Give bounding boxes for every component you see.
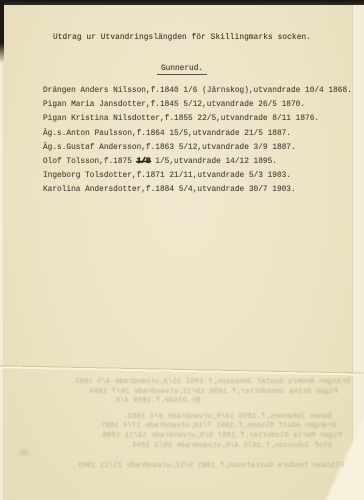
record-text: Äg.s.Anton Paulsson,f.1864 15/5,utvandra… <box>43 130 291 138</box>
paper-smudge <box>16 447 32 458</box>
record-line: Ingeborg Tolsdotter,f.1871 21/11,utvandr… <box>43 169 358 183</box>
record-text: Äg.s.Gustaf Andersson,f.1863 5/12,utvand… <box>43 144 296 152</box>
bleedthrough-text: Drängen Anders Gustaf Jonasson,f.1852 31… <box>18 378 350 472</box>
record-text: Pigan Kristina Nilsdotter,f.1855 22/5,ut… <box>43 115 319 123</box>
section-heading: Gunnerud. <box>0 57 364 75</box>
record-line: Pigan Maria Jansdotter,f.1845 5/12,utvan… <box>43 98 358 112</box>
record-line: Äg.s.Anton Paulsson,f.1864 15/5,utvandra… <box>43 127 358 141</box>
record-line: Drängen Anders Nilsson,f.1840 1/6 (Järns… <box>43 84 358 98</box>
record-line: Äg.s.Gustaf Andersson,f.1863 5/12,utvand… <box>43 141 358 155</box>
overstruck-correction: 1/8 <box>137 158 151 166</box>
document-title: Utdrag ur Utvandringslängden för Skillin… <box>0 34 364 42</box>
bleedthrough-line: Drängen Anders Gustaf Jonasson,f.1852 31… <box>18 378 350 388</box>
record-line: Karolina Andersdotter,f.1884 5/4,utvandr… <box>43 183 358 197</box>
record-line: Olof Tolsson,f.1875 1/8 1/5,utvandrade 1… <box>43 155 358 169</box>
bleedthrough-line: Flickan Teodora Gustafsson,f.1881 5/12,u… <box>18 462 344 472</box>
paper-edge-left-highlight <box>0 62 3 500</box>
record-text: Pigan Maria Jansdotter,f.1845 5/12,utvan… <box>43 101 305 109</box>
scanned-document: Utdrag ur Utvandringslängden för Skillin… <box>0 0 364 500</box>
record-text: 1/5,utvandrade 14/12 1895. <box>151 158 277 166</box>
record-text: Drängen Anders Nilsson,f.1840 1/6 (Järns… <box>43 87 352 95</box>
bleedthrough-line: Pigan Stina Jansdotter,f.1856 19/12,utva… <box>18 388 338 398</box>
scan-edge-top <box>0 0 364 5</box>
record-text: Karolina Andersdotter,f.1884 5/4,utvandr… <box>43 186 296 194</box>
bleedthrough-line: Drängen Adolf Olsson,f.1861 7/10,utvandr… <box>18 422 336 432</box>
record-list: Drängen Anders Nilsson,f.1840 1/6 (Järns… <box>43 84 358 198</box>
scan-edge-left <box>0 0 4 62</box>
record-text: Ingeborg Tolsdotter,f.1871 21/11,utvandr… <box>43 172 291 180</box>
bleedthrough-line: Olof Johnsson,f.1875 4/6,utvandrade 20/3… <box>18 442 332 452</box>
bleedthrough-line: Pigan Maria Olsdotter,f.1867 5/3,utvandr… <box>18 432 342 442</box>
record-line: Pigan Kristina Nilsdotter,f.1855 22/5,ut… <box>43 112 358 126</box>
bleedthrough-line: Sonen Johannes,f.1859 14/9,utvandrade 9/… <box>18 413 332 423</box>
section-heading-text: Gunnerud. <box>157 65 207 75</box>
page-fold-line <box>0 365 364 378</box>
record-text: Olof Tolsson,f.1875 <box>43 158 137 166</box>
bleedthrough-line: Br.Olöde,f.1859 4/8. <box>18 397 200 407</box>
